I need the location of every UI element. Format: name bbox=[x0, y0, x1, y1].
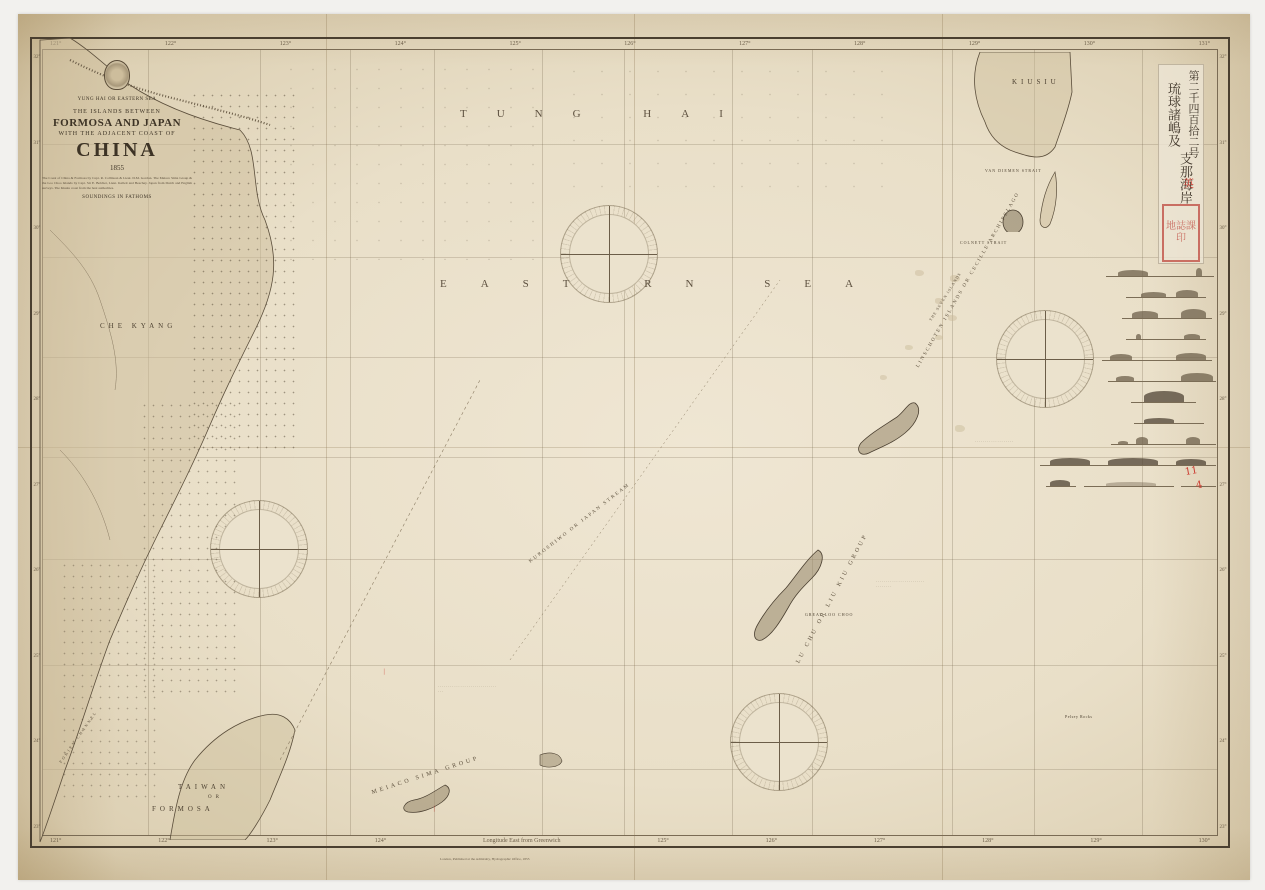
tick-label: 25° bbox=[1220, 654, 1227, 659]
tick-label: 127° bbox=[874, 838, 885, 844]
tick-label: 128° bbox=[854, 41, 865, 47]
title-country: CHINA bbox=[42, 139, 192, 162]
tick-label: 24° bbox=[34, 739, 41, 744]
sea-label-eastern-sea: EASTERN SEA bbox=[440, 278, 887, 290]
title-main: FORMOSA AND JAPAN bbox=[42, 117, 192, 129]
tick-label: 131° bbox=[1199, 41, 1210, 47]
longitude-scale-bottom: 121° 122° 123° 124° Longitude East from … bbox=[42, 836, 1218, 846]
island bbox=[955, 425, 965, 432]
archive-title-line1: 琉球諸嶋及 bbox=[1165, 82, 1180, 147]
tick-label: 125° bbox=[509, 41, 520, 47]
tick-label: 27° bbox=[1220, 483, 1227, 488]
tick-label: 32° bbox=[1220, 55, 1227, 60]
tick-label: 32° bbox=[34, 55, 41, 60]
compass-rose bbox=[210, 500, 308, 598]
region-label-colnett-strait: COLNETT STRAIT bbox=[960, 240, 1007, 245]
archive-number: 第二千四百拾二号 bbox=[1187, 70, 1200, 158]
longitude-scale-top: 121° 122° 123° 124° 125° 126° 127° 128° … bbox=[42, 39, 1218, 49]
coastal-views bbox=[1036, 262, 1214, 493]
tick-label: 121° bbox=[50, 838, 61, 844]
tick-label: 126° bbox=[766, 838, 777, 844]
tick-label: 129° bbox=[1090, 838, 1101, 844]
tick-label: 125° bbox=[657, 838, 668, 844]
soundings-note: SOUNDINGS IN FATHOMS bbox=[42, 195, 192, 200]
red-pencil-mark: 11 bbox=[1184, 465, 1198, 478]
soundings-scatter bbox=[560, 60, 890, 200]
tick-label: 27° bbox=[34, 483, 41, 488]
tick-label: 28° bbox=[1220, 397, 1227, 402]
tick-label: 129° bbox=[969, 41, 980, 47]
tick-label: 24° bbox=[1220, 739, 1227, 744]
region-label-taiwan: TAIWAN bbox=[178, 783, 229, 791]
region-label-che-kyang: CHE KYANG bbox=[100, 322, 176, 330]
sea-label-tung-hai: TUNG HAI bbox=[460, 108, 753, 120]
tick-label: 124° bbox=[375, 838, 386, 844]
publisher-imprint: London, Published at the Admiralty, Hydr… bbox=[440, 857, 530, 861]
compass-rose bbox=[730, 693, 828, 791]
title-with: WITH THE ADJACENT COAST OF bbox=[42, 131, 192, 137]
tick-label: 124° bbox=[395, 41, 406, 47]
island bbox=[905, 345, 913, 350]
tick-label: 126° bbox=[624, 41, 635, 47]
meridian-line bbox=[952, 49, 953, 836]
tick-label: 31° bbox=[34, 141, 41, 146]
chart-note: · · · · · · · · · · · · · · · · · · · · … bbox=[438, 685, 498, 695]
latitude-scale-left: 32° 31° 30° 29° 28° 27° 26° 25° 24° 23° bbox=[32, 49, 42, 836]
tick-label: 122° bbox=[158, 838, 169, 844]
chart-note: · · · · · · · · · · · · · · · · · · · bbox=[975, 440, 1015, 445]
chart-title-block: YUNG HAI OR EASTERN SEA THE ISLANDS BETW… bbox=[42, 60, 192, 200]
tick-label: 29° bbox=[1220, 312, 1227, 317]
tick-label: 127° bbox=[739, 41, 750, 47]
compass-rose bbox=[560, 205, 658, 303]
tick-label: 31° bbox=[1220, 141, 1227, 146]
red-pencil-mark: ᛁ bbox=[382, 668, 386, 676]
tick-label: 122° bbox=[165, 41, 176, 47]
admiralty-crest-icon bbox=[104, 60, 130, 90]
latitude-scale-right: 32° 31° 30° 29° 28° 27° 26° 25° 24° 23° bbox=[1218, 49, 1228, 836]
tick-label: 25° bbox=[34, 654, 41, 659]
tick-label: 128° bbox=[982, 838, 993, 844]
title-notes: The Coast of China & Formosa by Capt. R.… bbox=[42, 176, 192, 191]
tick-label: 130° bbox=[1084, 41, 1095, 47]
island bbox=[915, 270, 924, 276]
title-publisher: YUNG HAI OR EASTERN SEA bbox=[42, 96, 192, 103]
tick-label: 30° bbox=[34, 226, 41, 231]
region-label-or: OR bbox=[208, 795, 223, 800]
region-label-kiusiu: KIUSIU bbox=[1012, 78, 1060, 86]
tick-label: 121° bbox=[50, 41, 61, 47]
longitude-note: Longitude East from Greenwich bbox=[483, 838, 560, 844]
tick-label: 130° bbox=[1199, 838, 1210, 844]
tick-label: 123° bbox=[280, 41, 291, 47]
soundings-cluster bbox=[60, 560, 160, 800]
tick-label: 26° bbox=[34, 568, 41, 573]
tick-label: 29° bbox=[34, 312, 41, 317]
feature-label-pelsey-rocks: Pelsey Rocks bbox=[1065, 714, 1092, 719]
soundings-scatter bbox=[280, 60, 550, 260]
title-between: THE ISLANDS BETWEEN bbox=[42, 109, 192, 115]
island bbox=[880, 375, 887, 380]
chart-note: · · · · · · · · · · · · · · · · · · · · … bbox=[876, 580, 926, 590]
region-label-great-loo-choo: GREAT LOO CHOO bbox=[805, 612, 853, 617]
tick-label: 26° bbox=[1220, 568, 1227, 573]
tick-label: 23° bbox=[1220, 825, 1227, 830]
tick-label: 23° bbox=[34, 825, 41, 830]
title-year: 1855 bbox=[42, 164, 192, 172]
red-seal-stamp: 地誌課印 bbox=[1162, 204, 1200, 262]
tick-label: 30° bbox=[1220, 226, 1227, 231]
region-label-formosa: FORMOSA bbox=[152, 805, 214, 813]
red-character-mark: 英 bbox=[1183, 175, 1194, 191]
region-label-van-diemen-strait: VAN DIEMEN STRAIT bbox=[985, 168, 1042, 173]
parallel-line bbox=[42, 769, 1218, 770]
red-pencil-mark: ᛁ bbox=[432, 805, 436, 813]
tick-label: 28° bbox=[34, 397, 41, 402]
tick-label: 123° bbox=[267, 838, 278, 844]
